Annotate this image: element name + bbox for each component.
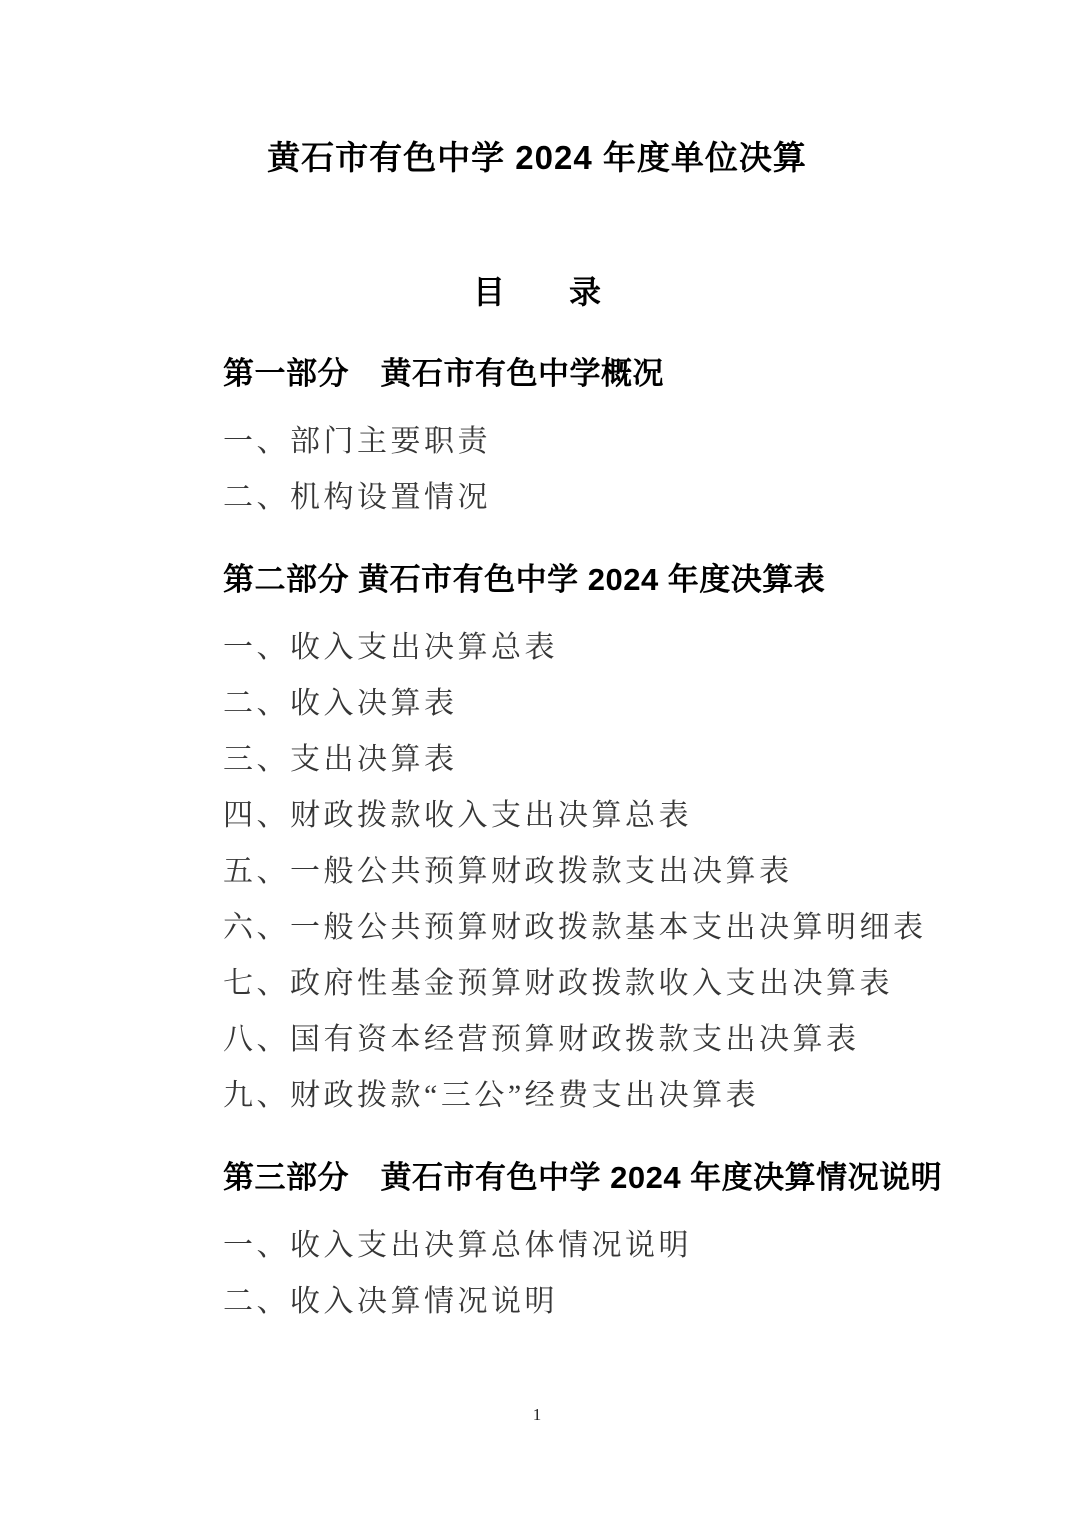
- toc-item: 一、部门主要职责: [0, 414, 1074, 470]
- document-page: 黄石市有色中学 2024 年度单位决算 目 录 第一部分 黄石市有色中学概况 一…: [0, 0, 1074, 1520]
- section-heading-2: 第二部分 黄石市有色中学 2024 年度决算表: [0, 552, 1074, 608]
- toc-item: 三、支出决算表: [0, 732, 1074, 788]
- toc-section-3: 第三部分 黄石市有色中学 2024 年度决算情况说明 一、收入支出决算总体情况说…: [0, 1150, 1074, 1330]
- toc-item: 七、政府性基金预算财政拨款收入支出决算表: [0, 956, 1074, 1012]
- document-title: 黄石市有色中学 2024 年度单位决算: [0, 130, 1074, 186]
- toc-item: 二、收入决算表: [0, 676, 1074, 732]
- toc-item: 二、收入决算情况说明: [0, 1274, 1074, 1330]
- toc-item: 九、财政拨款“三公”经费支出决算表: [0, 1068, 1074, 1124]
- page-number: 1: [0, 1402, 1074, 1428]
- toc-item: 四、财政拨款收入支出决算总表: [0, 788, 1074, 844]
- toc-item: 一、收入支出决算总表: [0, 620, 1074, 676]
- toc-item: 二、机构设置情况: [0, 470, 1074, 526]
- toc-section-2: 第二部分 黄石市有色中学 2024 年度决算表 一、收入支出决算总表 二、收入决…: [0, 552, 1074, 1124]
- toc-section-1: 第一部分 黄石市有色中学概况 一、部门主要职责 二、机构设置情况: [0, 346, 1074, 526]
- toc-item: 一、收入支出决算总体情况说明: [0, 1218, 1074, 1274]
- toc-item: 六、一般公共预算财政拨款基本支出决算明细表: [0, 900, 1074, 956]
- toc-title: 目 录: [0, 264, 1074, 320]
- section-heading-1: 第一部分 黄石市有色中学概况: [0, 346, 1074, 402]
- section-heading-3: 第三部分 黄石市有色中学 2024 年度决算情况说明: [0, 1150, 1074, 1206]
- toc-item: 五、一般公共预算财政拨款支出决算表: [0, 844, 1074, 900]
- toc-item: 八、国有资本经营预算财政拨款支出决算表: [0, 1012, 1074, 1068]
